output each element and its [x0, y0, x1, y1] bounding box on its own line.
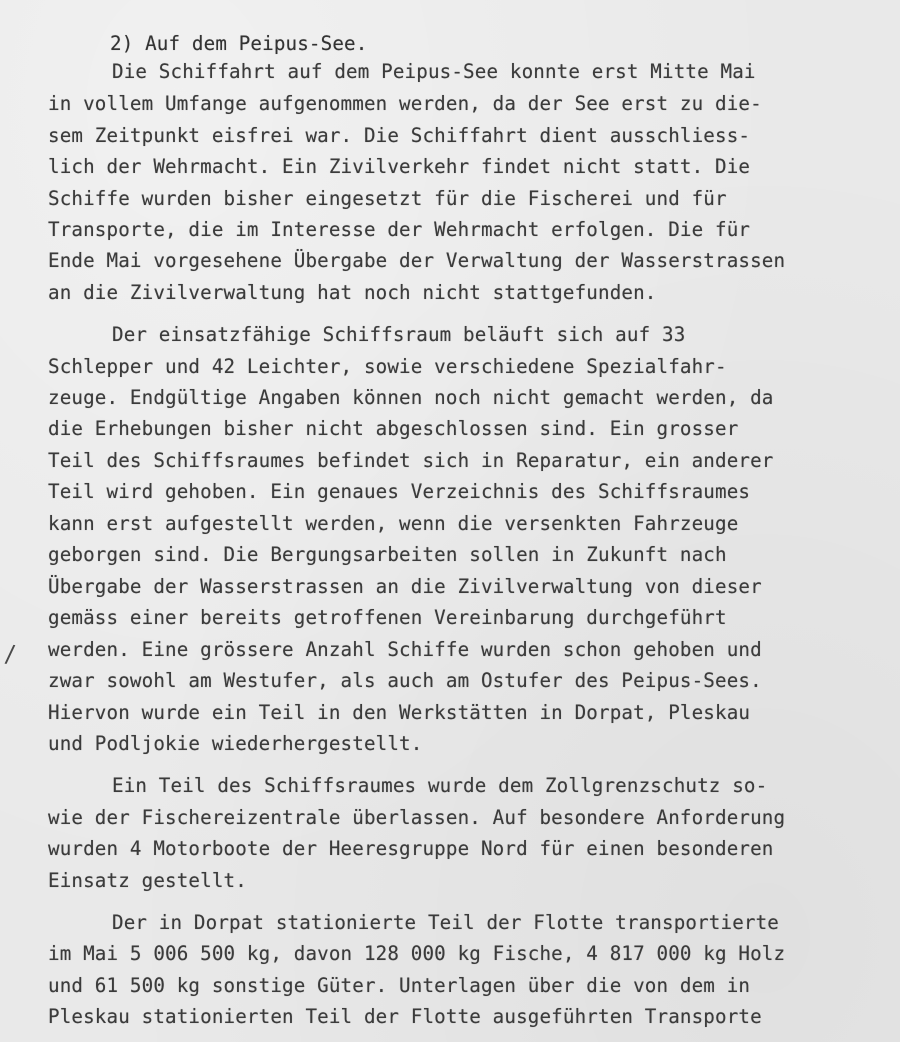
text-line: wie der Fischereizentrale überlassen. Au… — [48, 808, 785, 827]
text-line: die Erhebungen bisher nicht abgeschlosse… — [48, 419, 738, 438]
text-line: Teil des Schiffsraumes befindet sich in … — [48, 451, 774, 470]
text-line: Der in Dorpat stationierte Teil der Flot… — [112, 913, 779, 932]
text-line: wurden 4 Motorboote der Heeresgruppe Nor… — [48, 839, 774, 858]
text-line: Teil wird gehoben. Ein genaues Verzeichn… — [48, 482, 750, 501]
text-line: und 61 500 kg sonstige Güter. Unterlagen… — [48, 976, 750, 995]
text-line: Übergabe der Wasserstrassen an die Zivil… — [48, 577, 762, 596]
text-line: in vollem Umfange aufgenommen werden, da… — [48, 94, 762, 113]
text-line: Hiervon wurde ein Teil in den Werkstätte… — [48, 703, 750, 722]
text-line: Transporte, die im Interesse der Wehrmac… — [48, 220, 750, 239]
text-line: Schiffe wurden bisher eingesetzt für die… — [48, 189, 727, 208]
text-line: Schlepper und 42 Leichter, sowie verschi… — [48, 357, 727, 376]
text-line: Die Schiffahrt auf dem Peipus-See konnte… — [112, 62, 756, 81]
text-line: zeuge. Endgültige Angaben können noch ni… — [48, 388, 774, 407]
text-line: zwar sowohl am Westufer, als auch am Ost… — [48, 671, 762, 690]
text-line: kann erst aufgestellt werden, wenn die v… — [48, 514, 738, 533]
section-heading: 2) Auf dem Peipus-See. — [110, 34, 367, 53]
text-line: lich der Wehrmacht. Ein Zivilverkehr fin… — [48, 157, 750, 176]
typewritten-document-page: 2) Auf dem Peipus-See. Die Schiffahrt au… — [0, 0, 900, 1042]
text-line: sem Zeitpunkt eisfrei war. Die Schiffahr… — [48, 126, 750, 145]
text-line: Einsatz gestellt. — [48, 871, 247, 890]
text-line: Pleskau stationierten Teil der Flotte au… — [48, 1007, 762, 1026]
text-line: und Podljokie wiederhergestellt. — [48, 734, 422, 753]
text-line: geborgen sind. Die Bergungsarbeiten soll… — [48, 545, 727, 564]
margin-mark: / — [4, 640, 16, 669]
text-line: Ein Teil des Schiffsraumes wurde dem Zol… — [112, 776, 767, 795]
text-line: Ende Mai vorgesehene Übergabe der Verwal… — [48, 251, 785, 270]
text-line: werden. Eine grössere Anzahl Schiffe wur… — [48, 640, 762, 659]
text-line: an die Zivilverwaltung hat noch nicht st… — [48, 283, 657, 302]
text-line: im Mai 5 006 500 kg, davon 128 000 kg Fi… — [48, 944, 785, 963]
text-line: Der einsatzfähige Schiffsraum beläuft si… — [112, 325, 685, 344]
text-line: gemäss einer bereits getroffenen Vereinb… — [48, 608, 727, 627]
